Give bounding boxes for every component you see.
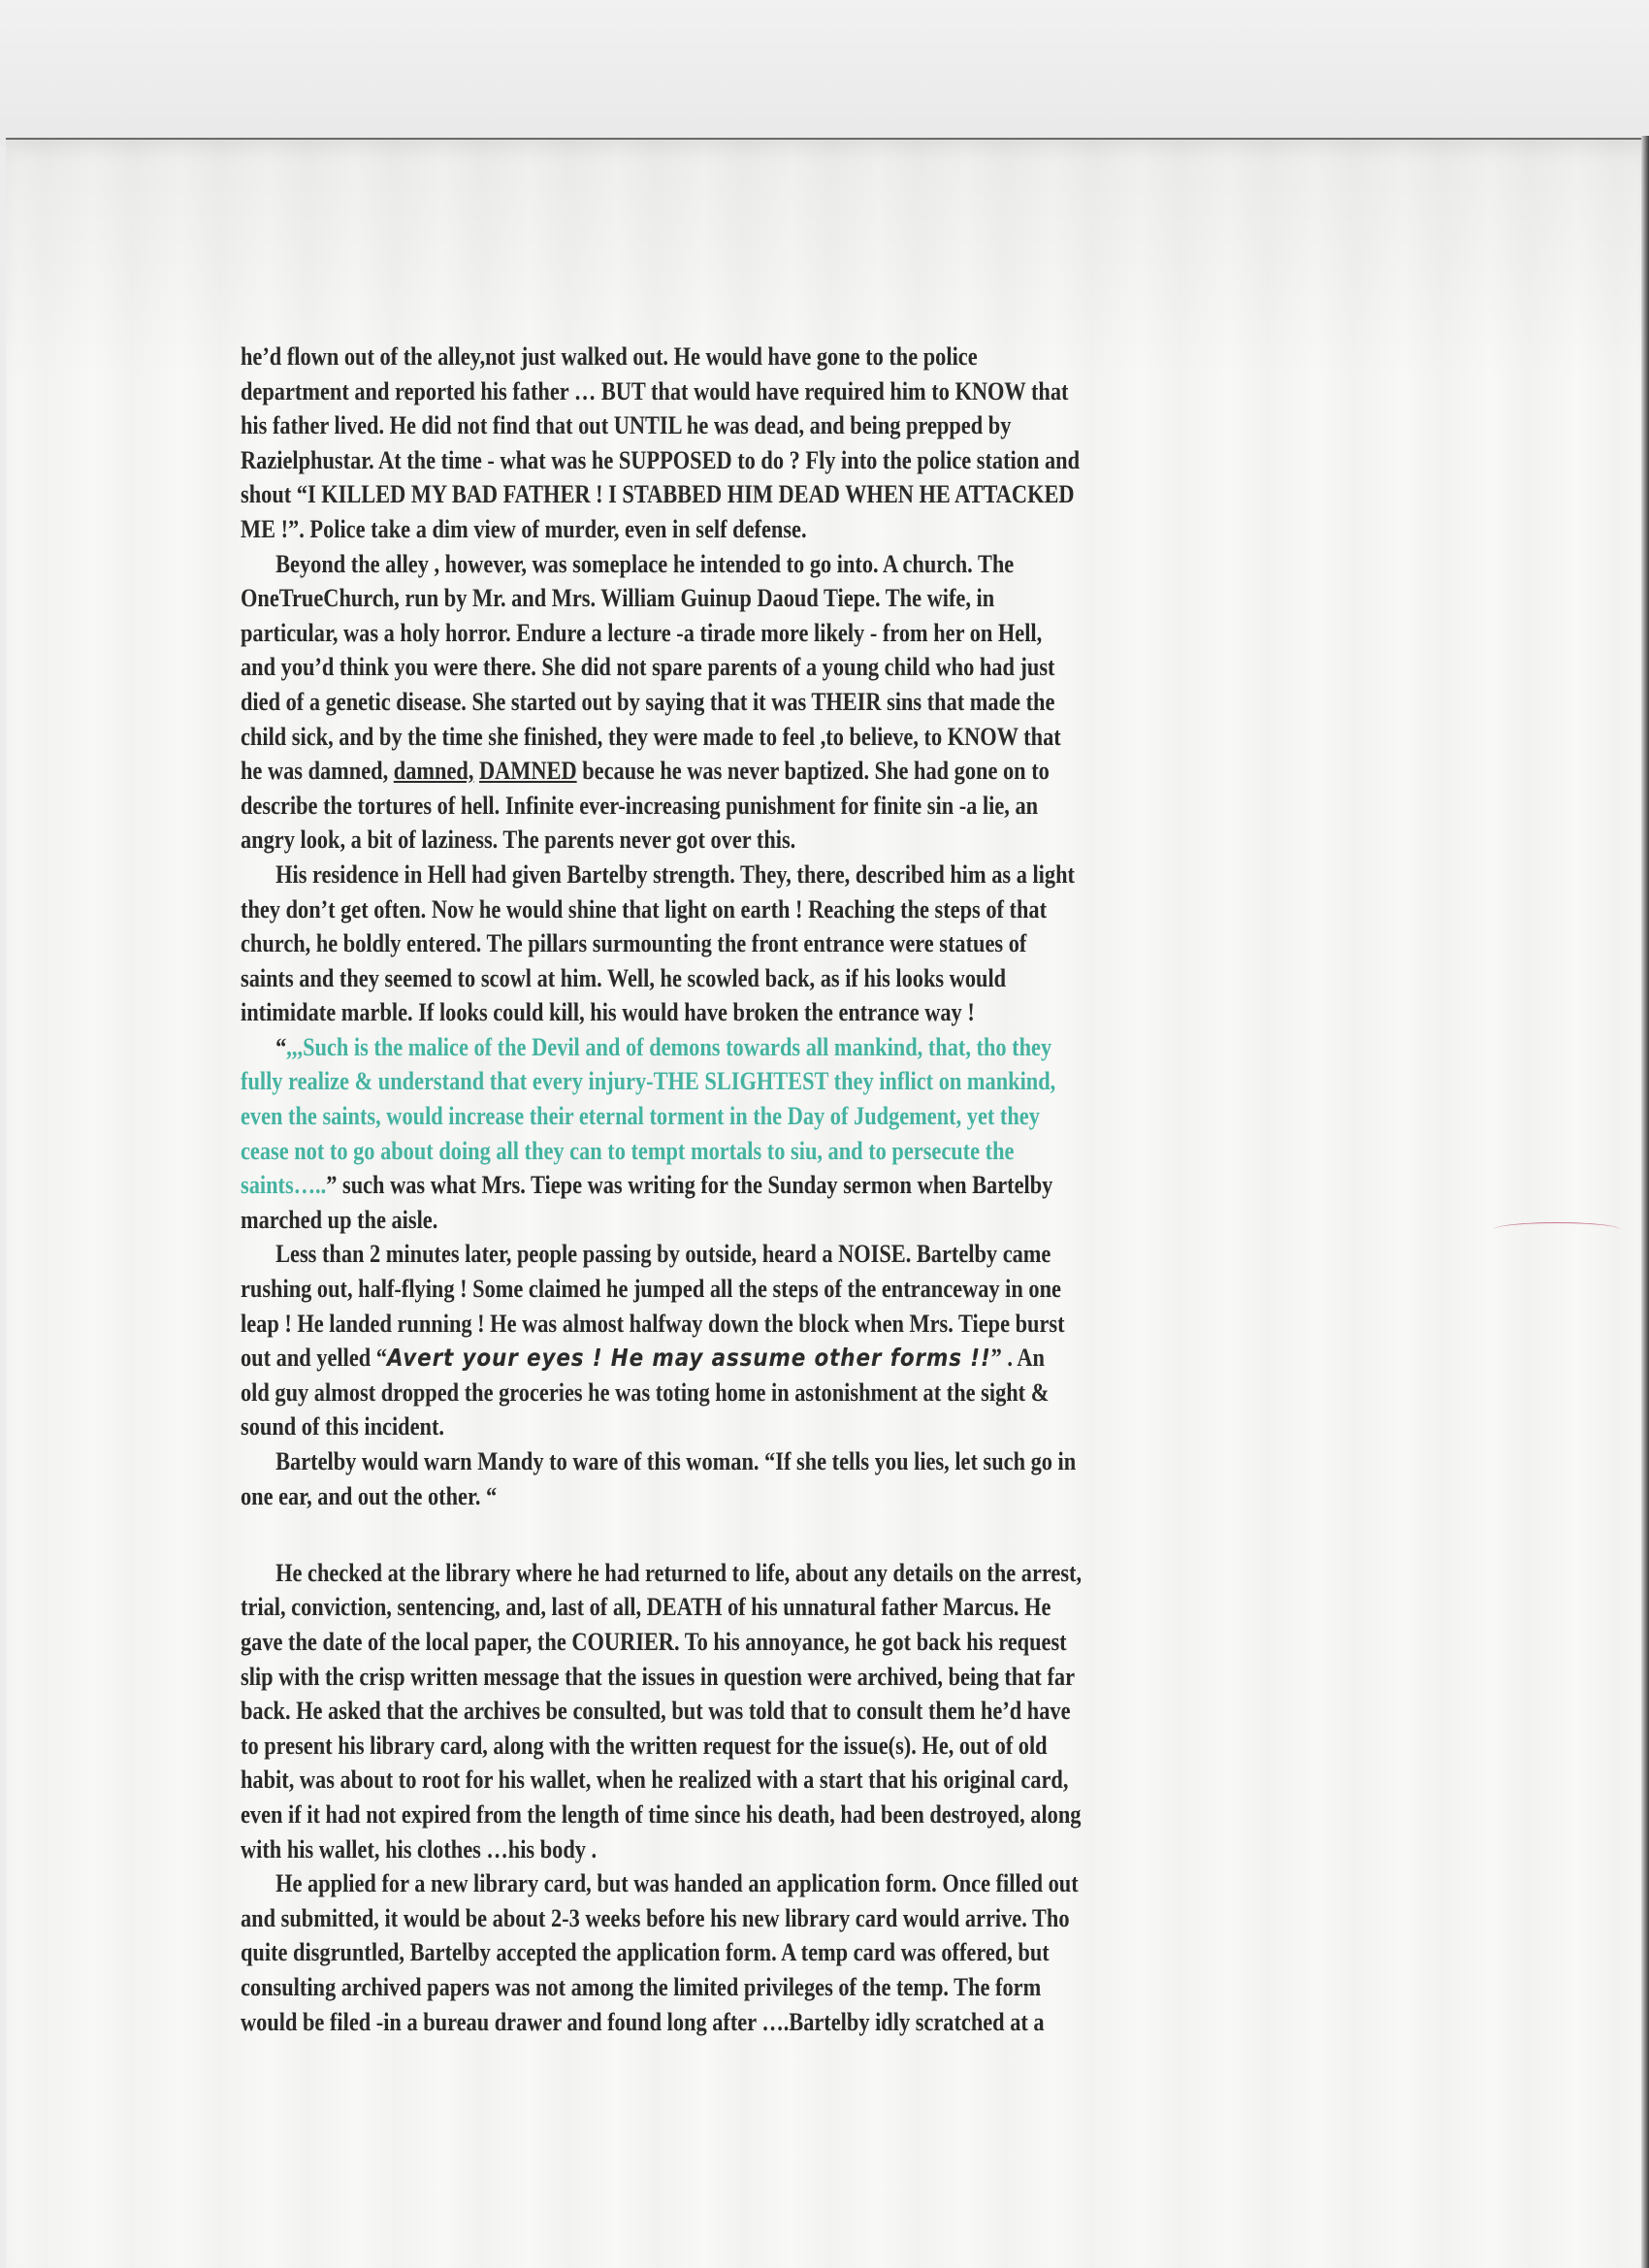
paragraph-1: he’d flown out of the alley,not just wal… [241, 340, 1425, 547]
text-line: particular, was a holy horror. Endure a … [241, 616, 1425, 651]
paragraph-5: Bartelby would warn Mandy to ware of thi… [241, 1444, 1425, 1513]
text-line: and submitted, it would be about 2-3 wee… [241, 1901, 1425, 1936]
text-line: Bartelby would warn Mandy to ware of thi… [241, 1444, 1425, 1479]
text-line: leap ! He landed running ! He was almost… [241, 1307, 1425, 1342]
open-quote-mark: “ [275, 1033, 286, 1061]
text-line: died of a genetic disease. She started o… [241, 685, 1425, 720]
underlined-damned: damned, [394, 757, 474, 785]
text-span: saints….. [241, 1171, 326, 1199]
document-body: he’d flown out of the alley,not just wal… [241, 340, 1425, 2039]
text-line: trial, conviction, sentencing, and, last… [241, 1590, 1425, 1625]
text-line: old guy almost dropped the groceries he … [241, 1376, 1425, 1410]
text-line: consulting archived papers was not among… [241, 1970, 1425, 2005]
red-ink-mark [1494, 1222, 1620, 1237]
sermon-quote: “,,,Such is the malice of the Devil and … [241, 1030, 1425, 1238]
text-line: and you’d think you were there. She did … [241, 650, 1425, 685]
text-line: his father lived. He did not find that o… [241, 408, 1425, 443]
text-line: child sick, and by the time she finished… [241, 720, 1425, 755]
decorative-yell-text: Avert your eyes ! He may assume other fo… [387, 1344, 991, 1372]
text-line: would be filed -in a bureau drawer and f… [241, 2005, 1425, 2040]
paragraph-3: His residence in Hell had given Bartelby… [241, 858, 1425, 1030]
scanner-background [0, 0, 1649, 146]
text-line: saints and they seemed to scowl at him. … [241, 961, 1425, 996]
text-line: back. He asked that the archives be cons… [241, 1694, 1425, 1729]
text-line: with his wallet, his clothes …his body . [241, 1832, 1425, 1867]
text-line: to present his library card, along with … [241, 1729, 1425, 1764]
quote-line: “,,,Such is the malice of the Devil and … [241, 1030, 1425, 1065]
text-line: church, he boldly entered. The pillars s… [241, 926, 1425, 961]
text-span: ” . An [991, 1344, 1045, 1372]
text-line: slip with the crisp written message that… [241, 1660, 1425, 1695]
quote-line: saints…..” such was what Mrs. Tiepe was … [241, 1168, 1425, 1203]
text-line: they don’t get often. Now he would shine… [241, 892, 1425, 927]
text-span: out and yelled “ [241, 1344, 387, 1372]
paragraph-2: Beyond the alley , however, was someplac… [241, 547, 1425, 858]
text-line: rushing out, half-flying ! Some claimed … [241, 1272, 1425, 1307]
scanner-edge-shadow [1641, 136, 1649, 2268]
text-line: His residence in Hell had given Bartelby… [241, 858, 1425, 892]
text-line: He applied for a new library card, but w… [241, 1866, 1425, 1901]
text-span: he was damned, [241, 757, 394, 785]
text-line: intimidate marble. If looks could kill, … [241, 995, 1425, 1030]
text-line: Razielphustar. At the time - what was he… [241, 443, 1425, 478]
text-line: OneTrueChurch, run by Mr. and Mrs. Willi… [241, 581, 1425, 616]
text-line: ME !”. Police take a dim view of murder,… [241, 512, 1425, 547]
paragraph-4: Less than 2 minutes later, people passin… [241, 1237, 1425, 1444]
text-line: habit, was about to root for his wallet,… [241, 1763, 1425, 1798]
quote-line: fully realize & understand that every in… [241, 1064, 1425, 1099]
paragraph-7: He applied for a new library card, but w… [241, 1866, 1425, 2039]
text-span: ,,,Such is the malice of the Devil and o… [286, 1033, 1051, 1061]
text-line: department and reported his father … BUT… [241, 374, 1425, 409]
quote-line: cease not to go about doing all they can… [241, 1134, 1425, 1169]
text-line: Less than 2 minutes later, people passin… [241, 1237, 1425, 1272]
text-line: He checked at the library where he had r… [241, 1556, 1425, 1591]
text-line: quite disgruntled, Bartelby accepted the… [241, 1935, 1425, 1970]
text-line: sound of this incident. [241, 1409, 1425, 1444]
text-line: describe the tortures of hell. Infinite … [241, 789, 1425, 824]
text-span: ” such was what Mrs. Tiepe was writing f… [326, 1171, 1052, 1199]
text-line: shout “I KILLED MY BAD FATHER ! I STABBE… [241, 477, 1425, 512]
yell-line: out and yelled “Avert your eyes ! He may… [241, 1341, 1425, 1376]
blank-line [241, 1513, 1425, 1548]
text-line: Beyond the alley , however, was someplac… [241, 547, 1425, 582]
damned-line: he was damned, damned, DAMNED because he… [241, 754, 1425, 789]
text-line: marched up the aisle. [241, 1203, 1425, 1238]
paragraph-6: He checked at the library where he had r… [241, 1556, 1425, 1866]
underlined-damned-caps: DAMNED [479, 757, 577, 785]
text-line: gave the date of the local paper, the CO… [241, 1625, 1425, 1660]
text-span: because he was never baptized. She had g… [577, 757, 1050, 785]
text-line: even if it had not expired from the leng… [241, 1798, 1425, 1832]
text-line: angry look, a bit of laziness. The paren… [241, 823, 1425, 858]
text-line: one ear, and out the other. “ [241, 1479, 1425, 1514]
quote-line: even the saints, would increase their et… [241, 1099, 1425, 1134]
text-line: he’d flown out of the alley,not just wal… [241, 340, 1425, 374]
